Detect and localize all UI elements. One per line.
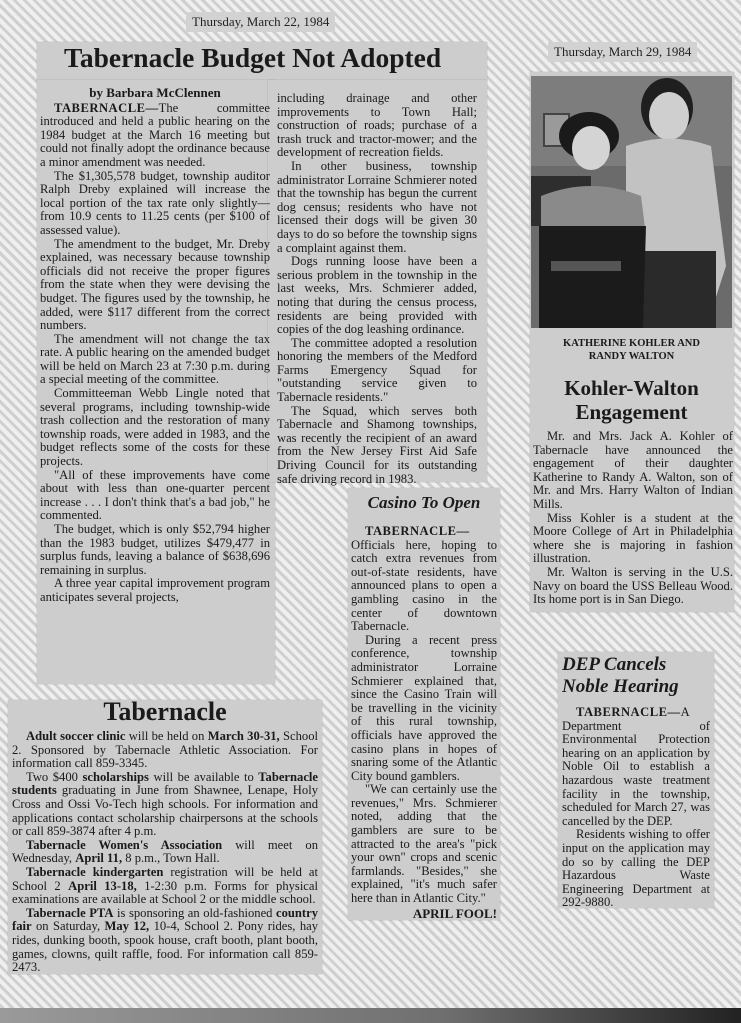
paragraph: TABERNACLE—The committee introduced and … [40,102,270,170]
paragraph: including drainage and other improvement… [277,92,477,160]
engagement-photo [531,76,732,328]
paragraph: Residents wishing to offer input on the … [562,828,710,910]
paragraph: The budget, which is only $52,794 higher… [40,523,270,577]
budget-headline: Tabernacle Budget Not Adopted [64,41,486,75]
casino-article: TABERNACLE—Officials here, hoping to cat… [351,525,497,920]
budget-article-col1: by Barbara McClennen TABERNACLE—The comm… [40,86,270,605]
paragraph: Mr. Walton is serving in the U.S. Navy o… [533,566,733,607]
paragraph: The $1,305,578 budget, township auditor … [40,170,270,238]
photo-caption: KATHERINE KOHLER AND RANDY WALTON [531,337,732,363]
couple-photo-icon [531,76,732,328]
casino-headline: Casino To Open [348,492,500,514]
dep-article: TABERNACLE—A Department of Environmental… [562,706,710,910]
paragraph: "We can certainly use the revenues," Mrs… [351,783,497,905]
notice-item: Adult soccer clinic will be held on Marc… [12,730,318,771]
april-fool-signoff: APRIL FOOL! [351,907,497,921]
dateline-march-22: Thursday, March 22, 1984 [186,12,335,32]
paragraph: Mr. and Mrs. Jack A. Kohler of Tabernacl… [533,430,733,512]
paragraph: "All of these improvements have come abo… [40,469,270,523]
paragraph: Dogs running loose have been a serious p… [277,255,477,337]
paragraph: TABERNACLE—Officials here, hoping to cat… [351,525,497,634]
dateline-march-29: Thursday, March 29, 1984 [548,42,697,62]
budget-article-col2: including drainage and other improvement… [277,92,477,486]
dep-headline: DEP Cancels Noble Hearing [562,654,714,698]
paragraph: The Squad, which serves both Tabernacle … [277,405,477,487]
engagement-article: Mr. and Mrs. Jack A. Kohler of Tabernacl… [533,430,733,607]
byline: by Barbara McClennen [40,86,270,100]
paragraph: Miss Kohler is a student at the Moore Co… [533,512,733,566]
notice-item: Two $400 scholarships will be available … [12,771,318,839]
paragraph: In other business, township administrato… [277,160,477,255]
tabernacle-notes-headline: Tabernacle [8,697,322,727]
paragraph: The committee adopted a resolution honor… [277,337,477,405]
notice-item: Tabernacle PTA is sponsoring an old-fash… [12,907,318,975]
paragraph: During a recent press conference, townsh… [351,634,497,784]
notice-item: Tabernacle kindergarten registration wil… [12,866,318,907]
notice-item: Tabernacle Women's Association will meet… [12,839,318,866]
paragraph: TABERNACLE—A Department of Environmental… [562,706,710,828]
paragraph: A three year capital improvement program… [40,577,270,604]
tabernacle-notes-article: Adult soccer clinic will be held on Marc… [12,730,318,975]
paragraph: The amendment will not change the tax ra… [40,333,270,387]
paragraph: The amendment to the budget, Mr. Dreby e… [40,238,270,333]
page-bottom-edge [0,1008,741,1023]
engagement-headline: Kohler-Walton Engagement [531,376,732,424]
paragraph: Committeeman Webb Lingle noted that seve… [40,387,270,469]
